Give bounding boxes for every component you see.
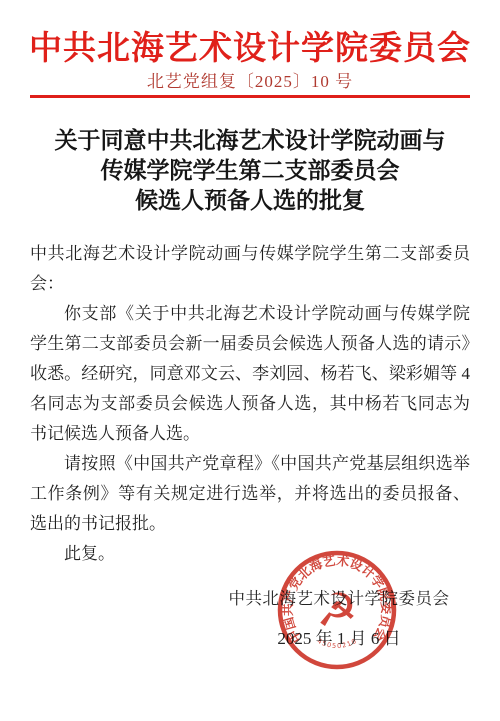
document-title: 关于同意中共北海艺术设计学院动画与 传媒学院学生第二支部委员会 候选人预备人选的… <box>0 126 500 216</box>
body-paragraph: 你支部《关于中共北海艺术设计学院动画与传媒学院学生第二支部委员会新一届委员会候选… <box>30 299 470 449</box>
document-body: 中共北海艺术设计学院动画与传媒学院学生第二支部委员会： 你支部《关于中共北海艺术… <box>30 239 470 569</box>
official-seal: 中国共产党北海艺术设计学院委员会 ☭ 4505021094463 <box>277 550 397 670</box>
header-org-name: 中共北海艺术设计学院委员会 <box>0 22 500 69</box>
salutation: 中共北海艺术设计学院动画与传媒学院学生第二支部委员会： <box>30 239 470 299</box>
doc-number: 北艺党组复〔2025〕10 号 <box>0 67 500 92</box>
official-seal-graphic: 中国共产党北海艺术设计学院委员会 ☭ 4505021094463 <box>277 550 397 670</box>
body-paragraph: 此复。 <box>30 539 470 569</box>
red-separator-line <box>30 95 470 98</box>
document-page: 中共北海艺术设计学院委员会 北艺党组复〔2025〕10 号 关于同意中共北海艺术… <box>0 0 500 721</box>
hammer-sickle-icon: ☭ <box>316 583 357 637</box>
body-paragraph: 请按照《中国共产党章程》《中国共产党基层组织选举工作条例》等有关规定进行选举，并… <box>30 449 470 539</box>
